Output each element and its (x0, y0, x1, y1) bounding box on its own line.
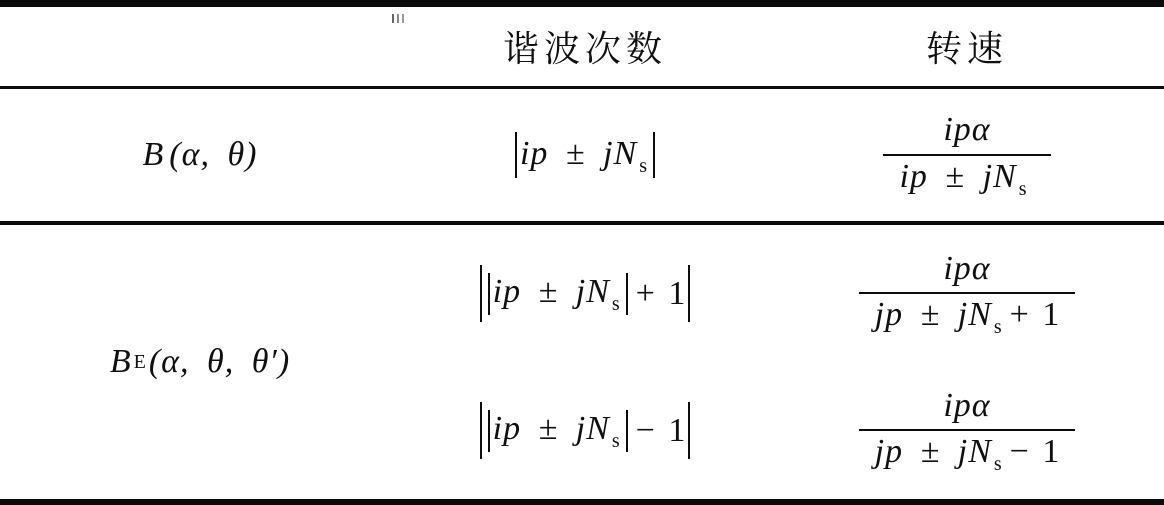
fraction: ipα jp ± jNs− 1 (859, 387, 1076, 474)
table-header-row: 谐波次数 转速 (0, 7, 1164, 89)
scanned-paper-table-page: 谐波次数 转速 B(α, θ) ip ± jNs ipα ip ± jNs (0, 0, 1164, 505)
fraction-denominator: jp ± jNs− 1 (859, 433, 1076, 474)
formula-subscript: s (612, 430, 620, 452)
numerator-text: ipα (943, 387, 990, 424)
abs-bar (515, 132, 517, 178)
table-row-b: B(α, θ) ip ± jNs ipα ip ± jNs (0, 89, 1164, 225)
speed-formula-be-plus: ipα jp ± jNs+ 1 (770, 225, 1164, 362)
abs-bar-outer (688, 402, 690, 459)
fraction: ipα ip ± jNs (883, 111, 1050, 198)
abs-expression: ip ± jNs − 1 (477, 402, 694, 459)
harmonic-order-formula-be-plus: ip ± jNs + 1 (400, 225, 770, 362)
label-base: B (143, 136, 165, 174)
row-label-be: BE(α, θ, θ′) (0, 225, 400, 499)
abs-bar-outer (480, 402, 482, 459)
table-row-be: BE(α, θ, θ′) ip ± jNs + 1 (0, 225, 1164, 499)
fraction-numerator: ipα (927, 387, 1006, 425)
formula-main: ip ± jN (520, 135, 637, 172)
fraction-bar (859, 292, 1076, 294)
abs-bar-outer (480, 265, 482, 322)
denominator-text: ip ± jN (899, 158, 1016, 195)
label-args: (α, θ, θ′) (149, 343, 290, 381)
fraction-numerator: ipα (927, 111, 1006, 149)
harmonic-order-formula-be-minus: ip ± jNs − 1 (400, 362, 770, 499)
fraction-denominator: ip ± jNs (883, 158, 1050, 199)
denominator-text: jp ± jN (875, 433, 992, 470)
abs-content: ip ± jNs (493, 273, 623, 314)
denominator-subscript: s (994, 316, 1002, 338)
header-harmonic-order: 谐波次数 (400, 7, 770, 86)
denominator-subscript: s (994, 453, 1002, 475)
formula-main: ip ± jN (493, 273, 610, 310)
formula-tail: − 1 (636, 412, 686, 450)
numerator-text: ipα (943, 111, 990, 148)
denominator-tail: + 1 (1010, 296, 1060, 333)
fraction-denominator: jp ± jNs+ 1 (859, 296, 1076, 337)
header-speed: 转速 (770, 7, 1164, 86)
fraction: ipα jp ± jNs+ 1 (859, 250, 1076, 337)
abs-bar (653, 132, 655, 178)
denominator-text: jp ± jN (875, 296, 992, 333)
row-label-b: B(α, θ) (0, 89, 400, 221)
harmonics-speed-table: 谐波次数 转速 B(α, θ) ip ± jNs ipα ip ± jNs (0, 0, 1164, 505)
harmonic-order-formula-b: ip ± jNs (400, 89, 770, 221)
label-args: (α, θ) (169, 136, 257, 174)
abs-bar-inner (488, 410, 490, 452)
denominator-subscript: s (1019, 178, 1027, 200)
abs-bar-inner (488, 273, 490, 315)
formula-main: ip ± jN (493, 410, 610, 447)
formula-subscript: s (639, 155, 647, 177)
abs-expression: ip ± jNs (512, 132, 658, 178)
formula-tail: + 1 (636, 275, 686, 313)
abs-content: ip ± jNs (520, 135, 650, 176)
abs-bar-inner (626, 410, 628, 452)
numerator-text: ipα (943, 250, 990, 287)
abs-bar-outer (688, 265, 690, 322)
speed-stack: ipα jp ± jNs+ 1 ipα jp ± jNs− 1 (770, 225, 1164, 499)
label-base: B (110, 343, 132, 381)
speed-formula-b: ipα ip ± jNs (770, 89, 1164, 221)
header-empty-cell (0, 7, 400, 86)
harmonic-order-stack: ip ± jNs + 1 ip ± jNs − 1 (400, 225, 770, 499)
denominator-tail: − 1 (1010, 433, 1060, 470)
fraction-bar (859, 429, 1076, 431)
fraction-numerator: ipα (927, 250, 1006, 288)
fraction-bar (883, 154, 1050, 156)
abs-bar-inner (626, 273, 628, 315)
abs-content: ip ± jNs (493, 410, 623, 451)
scan-artifact (392, 14, 394, 23)
speed-formula-be-minus: ipα jp ± jNs− 1 (770, 362, 1164, 499)
label-subscript: E (134, 352, 146, 372)
formula-subscript: s (612, 293, 620, 315)
abs-expression: ip ± jNs + 1 (477, 265, 694, 322)
